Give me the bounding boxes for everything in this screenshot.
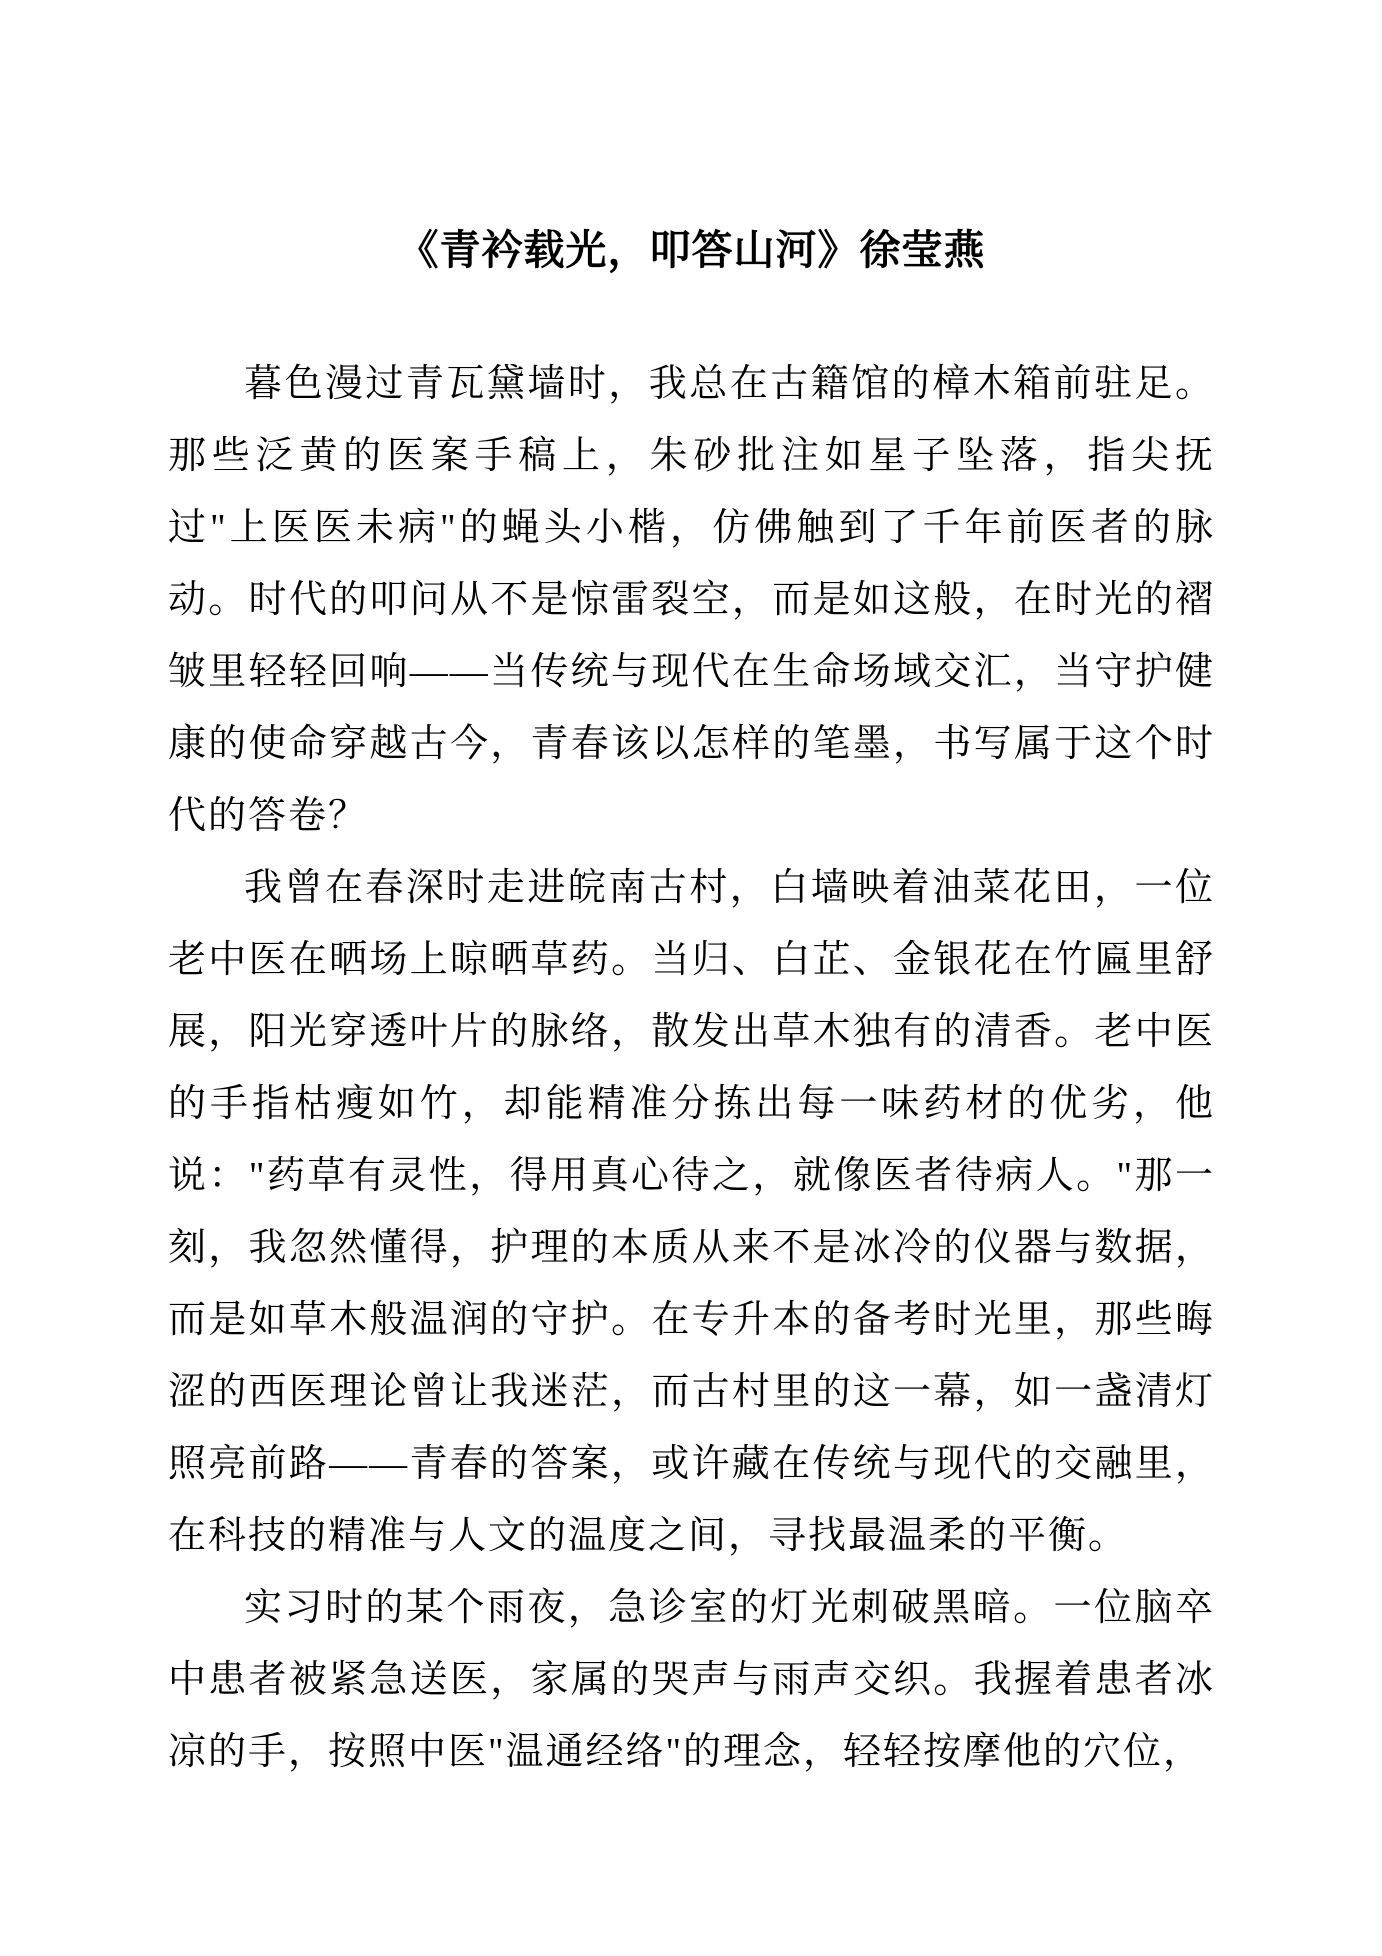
paragraph-3: 实习时的某个雨夜，急诊室的灯光刺破黑暗。一位脑卒中患者被紧急送医，家属的哭声与雨… [168,1572,1215,1788]
paragraph-1: 暮色漫过青瓦黛墙时，我总在古籍馆的樟木箱前驻足。那些泛黄的医案手稿上，朱砂批注如… [168,348,1215,852]
paragraph-2: 我曾在春深时走进皖南古村，白墙映着油菜花田，一位老中医在晒场上晾晒草药。当归、白… [168,852,1215,1572]
document-title: 《青衿载光，叩答山河》徐莹燕 [168,226,1215,274]
document-page: 《青衿载光，叩答山河》徐莹燕 暮色漫过青瓦黛墙时，我总在古籍馆的樟木箱前驻足。那… [0,0,1382,1956]
